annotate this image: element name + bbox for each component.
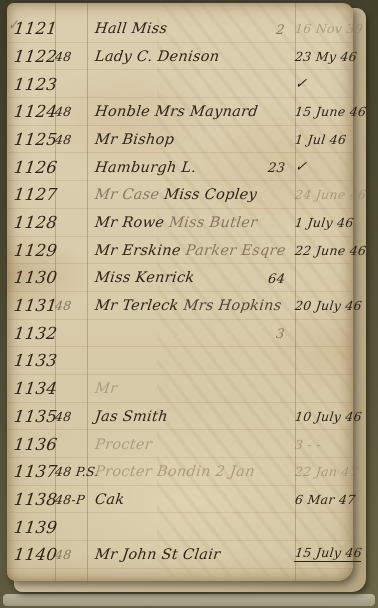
ledger-row: 113748 P.S.Procter Bondin 2 Jan22 Jan 47 bbox=[7, 458, 353, 486]
entry-name-part: Parker Esqre bbox=[185, 243, 287, 259]
entry-number: 1136 bbox=[7, 437, 55, 458]
entry-ref bbox=[55, 534, 87, 540]
entry-date-text: 22 Jan 47 bbox=[294, 466, 359, 479]
entry-number-text: 1122 bbox=[13, 49, 58, 66]
entry-date-text: 20 July 46 bbox=[294, 300, 362, 313]
entry-name: Mr Erskine Parker Esqre bbox=[87, 244, 295, 264]
ledger-row: 1129Mr Erskine Parker Esqre22 June 46 bbox=[7, 237, 353, 265]
ledger-row: 1133 bbox=[7, 347, 353, 375]
ledger-row: 1127Mr Case Miss Copley24 June 46 bbox=[7, 181, 353, 209]
entry-number: 1129 bbox=[7, 243, 55, 264]
entry-ref bbox=[55, 36, 87, 42]
entry-extra-number: 64 bbox=[267, 273, 286, 286]
entry-ref: 48 bbox=[55, 106, 87, 125]
entry-number-text: 1134 bbox=[13, 381, 58, 398]
entry-name: Honble Mrs Maynard bbox=[87, 105, 295, 125]
entry-date bbox=[295, 534, 353, 540]
entry-number-text: 1130 bbox=[13, 270, 58, 287]
entry-number-text: 1139 bbox=[13, 520, 58, 537]
entry-ref-text: 48 P.S. bbox=[54, 466, 99, 479]
entry-number-text: 1121 bbox=[13, 21, 58, 38]
entry-number-text: 1123 bbox=[13, 77, 58, 94]
entry-ref bbox=[55, 368, 87, 374]
entry-name: Jas Smith bbox=[87, 410, 295, 430]
entry-name-part: Mr Terleck bbox=[94, 298, 184, 314]
entry-name-part: Mr Bishop bbox=[94, 132, 175, 148]
entry-ref: 48 bbox=[55, 134, 87, 153]
entry-ref: 48 bbox=[55, 549, 87, 568]
entry-ref bbox=[55, 174, 87, 180]
entry-number: 1126 bbox=[7, 160, 55, 181]
entry-number: 1124 bbox=[7, 104, 55, 125]
entry-number: 1133 bbox=[7, 353, 55, 374]
entry-number: 1137 bbox=[7, 464, 55, 485]
entry-extra-number: 23 bbox=[267, 162, 286, 175]
entry-number-text: 1132 bbox=[13, 326, 58, 343]
entry-name-part: Miss Copley bbox=[163, 187, 258, 203]
entry-date: 6 Mar 47 bbox=[295, 494, 353, 513]
ledger-row: 112248Lady C. Denison23 My 46 bbox=[7, 43, 353, 71]
date-check-mark: ✓ bbox=[294, 77, 308, 91]
entry-number: 1132 bbox=[7, 326, 55, 347]
entry-name-text: Mr Rowe Miss Butler bbox=[94, 216, 258, 231]
entry-ref-text: 48 bbox=[54, 300, 72, 313]
entry-date: ✓ bbox=[295, 77, 353, 97]
entry-name-text: Mr bbox=[94, 382, 118, 397]
entry-date-text: 22 June 46 bbox=[294, 245, 367, 258]
entry-ref bbox=[55, 396, 87, 402]
entry-ref: 48 bbox=[55, 300, 87, 319]
entry-name-part: Mr Erskine bbox=[94, 243, 187, 259]
entry-ref-text: 48 bbox=[54, 106, 72, 119]
entry-date: 15 July 46 bbox=[295, 547, 353, 568]
ledger-row: 1121Hall Miss216 Nov 39 bbox=[7, 15, 353, 43]
entry-name: Procter Bondin 2 Jan bbox=[87, 465, 295, 485]
entry-name-part: Miss Butler bbox=[168, 215, 258, 231]
entry-date bbox=[295, 368, 353, 374]
entry-number: 1122 bbox=[7, 49, 55, 70]
entry-name: Mr Bishop bbox=[87, 133, 295, 153]
entry-number: 1134 bbox=[7, 381, 55, 402]
entry-date: 23 My 46 bbox=[295, 51, 353, 70]
entry-name-text: Honble Mrs Maynard bbox=[94, 105, 259, 120]
ledger-row: 113148Mr Terleck Mrs Hopkins20 July 46 bbox=[7, 292, 353, 320]
entry-number: 1121 bbox=[7, 21, 55, 42]
entry-date-text: 1 Jul 46 bbox=[294, 134, 347, 147]
entry-date bbox=[295, 396, 353, 402]
entry-date: 22 Jan 47 bbox=[295, 466, 353, 485]
entry-name-part: Mr bbox=[94, 381, 118, 397]
entry-date: 22 June 46 bbox=[295, 245, 353, 264]
entry-date bbox=[295, 285, 353, 291]
entry-ref-text: 48-P bbox=[54, 494, 85, 507]
entry-ref: 48-P bbox=[55, 494, 87, 513]
book-cover-edge bbox=[3, 594, 375, 606]
ledger-row: 1123✓ bbox=[7, 70, 353, 98]
entry-number: 1140 bbox=[7, 547, 55, 568]
entry-name-text: Lady C. Denison bbox=[94, 50, 220, 65]
entry-name-part: Hamburgh L. bbox=[94, 160, 197, 176]
ledger-row: 114048Mr John St Clair15 July 46 bbox=[7, 541, 353, 569]
entry-date: 10 July 46 bbox=[295, 411, 353, 430]
entry-date-text: 15 July 46 bbox=[294, 547, 363, 562]
entry-name: Lady C. Denison bbox=[87, 50, 295, 70]
entry-number: 1128 bbox=[7, 215, 55, 236]
entry-name-part: Mr John St Clair bbox=[94, 547, 221, 563]
entry-number: 1123 bbox=[7, 77, 55, 98]
entry-number: 1139 bbox=[7, 520, 55, 541]
entry-name-part: Lady C. Denison bbox=[94, 49, 220, 65]
entry-number-text: 1137 bbox=[13, 464, 58, 481]
ledger-page: ✓ 1121Hall Miss216 Nov 39112248Lady C. D… bbox=[7, 3, 353, 581]
entry-ref-text: 48 bbox=[54, 134, 72, 147]
entry-number-text: 1129 bbox=[13, 243, 58, 260]
entry-extra-number: 3 bbox=[276, 328, 286, 341]
date-check-mark: ✓ bbox=[294, 160, 308, 174]
entry-name-text: Mr Case Miss Copley bbox=[94, 188, 258, 203]
entry-name: Mr bbox=[87, 382, 295, 402]
entry-name bbox=[87, 369, 295, 374]
ledger-row: 113548Jas Smith10 July 46 bbox=[7, 403, 353, 431]
entry-ref bbox=[55, 202, 87, 208]
entry-date: ✓ bbox=[295, 160, 353, 180]
entry-ref bbox=[55, 257, 87, 263]
entry-ref bbox=[55, 340, 87, 346]
ledger-row: 112448Honble Mrs Maynard15 June 46 bbox=[7, 98, 353, 126]
entry-date-text: 1 July 46 bbox=[294, 217, 354, 230]
entry-date-text: 6 Mar 47 bbox=[294, 494, 356, 507]
entry-name: Hamburgh L.23 bbox=[87, 161, 295, 181]
entry-name-text: Miss Kenrick bbox=[94, 271, 195, 286]
ledger-row: 1130Miss Kenrick64 bbox=[7, 264, 353, 292]
entry-date: 16 Nov 39 bbox=[295, 23, 353, 42]
entry-number-text: 1126 bbox=[13, 160, 58, 177]
entry-name: Mr John St Clair bbox=[87, 548, 295, 568]
entry-name-part: Mrs Hopkins bbox=[183, 298, 283, 314]
entry-number-text: 1136 bbox=[13, 437, 58, 454]
entry-name-part: Jas Smith bbox=[94, 409, 169, 425]
entry-ref bbox=[55, 451, 87, 457]
entry-number: 1125 bbox=[7, 132, 55, 153]
entry-number: 1130 bbox=[7, 270, 55, 291]
entry-number-text: 1127 bbox=[13, 187, 58, 204]
ledger-rows: 1121Hall Miss216 Nov 39112248Lady C. Den… bbox=[7, 15, 353, 569]
ledger-row: 1134Mr bbox=[7, 375, 353, 403]
entry-name-text: Jas Smith bbox=[94, 410, 168, 425]
entry-name: Mr Terleck Mrs Hopkins bbox=[87, 299, 295, 319]
entry-number-text: 1128 bbox=[13, 215, 58, 232]
entry-extra-number: 2 bbox=[276, 24, 286, 37]
entry-name-text: Hall Miss bbox=[94, 22, 168, 37]
entry-ref bbox=[55, 91, 87, 97]
ledger-row: 1136Procter3 - - bbox=[7, 430, 353, 458]
entry-name-text: Mr Erskine Parker Esqre bbox=[94, 244, 286, 259]
entry-name bbox=[87, 92, 295, 97]
entry-ref-text: 48 bbox=[54, 549, 72, 562]
entry-number: 1127 bbox=[7, 187, 55, 208]
entry-date: 1 July 46 bbox=[295, 217, 353, 236]
entry-date-text: 16 Nov 39 bbox=[294, 23, 364, 36]
entry-date: 24 June 46 bbox=[295, 189, 353, 208]
entry-number-text: 1124 bbox=[13, 104, 58, 121]
entry-number-text: 1125 bbox=[13, 132, 58, 149]
entry-number-text: 1135 bbox=[13, 409, 58, 426]
entry-number: 1138 bbox=[7, 492, 55, 513]
entry-number: 1131 bbox=[7, 298, 55, 319]
entry-name: Mr Case Miss Copley bbox=[87, 188, 295, 208]
entry-date: 20 July 46 bbox=[295, 300, 353, 319]
entry-name-part: Honble Mrs Maynard bbox=[94, 104, 259, 120]
entry-name-part: Mr Case bbox=[94, 187, 165, 203]
entry-name: Mr Rowe Miss Butler bbox=[87, 216, 295, 236]
entry-name-text: Cak bbox=[94, 493, 125, 508]
entry-date: 3 - - bbox=[295, 439, 353, 458]
ledger-row: 113848-PCak6 Mar 47 bbox=[7, 486, 353, 514]
entry-name-part: Procter bbox=[94, 437, 153, 453]
entry-ref: 48 P.S. bbox=[55, 466, 87, 485]
entry-date-text: 23 My 46 bbox=[294, 51, 358, 64]
entry-name-text: Hamburgh L. bbox=[94, 161, 197, 176]
entry-date-text: 24 June 46 bbox=[294, 189, 367, 202]
entry-name-part: Procter Bondin 2 Jan bbox=[94, 464, 256, 480]
ledger-row: 1126Hamburgh L.23✓ bbox=[7, 153, 353, 181]
entry-name: Procter bbox=[87, 438, 295, 458]
entry-name-text: Mr John St Clair bbox=[94, 548, 221, 563]
entry-date: 15 June 46 bbox=[295, 106, 353, 125]
ledger-row: 1128Mr Rowe Miss Butler1 July 46 bbox=[7, 209, 353, 237]
entry-name: 3 bbox=[87, 328, 295, 346]
entry-name-part: Miss Kenrick bbox=[94, 270, 195, 286]
entry-date-text: 15 June 46 bbox=[294, 106, 367, 119]
entry-name-part: Cak bbox=[94, 492, 125, 508]
entry-name: Hall Miss2 bbox=[87, 22, 295, 42]
entry-number-text: 1140 bbox=[13, 547, 58, 564]
entry-date-text: 3 - - bbox=[294, 439, 321, 452]
entry-ref: 48 bbox=[55, 411, 87, 430]
ledger-row: 112548Mr Bishop1 Jul 46 bbox=[7, 126, 353, 154]
ledger-row: 11323 bbox=[7, 320, 353, 348]
entry-number-text: 1133 bbox=[13, 353, 58, 370]
entry-ref: 48 bbox=[55, 51, 87, 70]
entry-ref-text: 48 bbox=[54, 51, 72, 64]
entry-name: Cak bbox=[87, 493, 295, 513]
entry-name-part: Hall Miss bbox=[94, 21, 168, 37]
entry-ref bbox=[55, 285, 87, 291]
entry-number: 1135 bbox=[7, 409, 55, 430]
entry-name: Miss Kenrick64 bbox=[87, 271, 295, 291]
entry-ref-text: 48 bbox=[54, 411, 72, 424]
entry-name-text: Mr Terleck Mrs Hopkins bbox=[94, 299, 282, 314]
entry-name-part: Mr Rowe bbox=[94, 215, 170, 231]
entry-number-text: 1131 bbox=[13, 298, 58, 315]
entry-name-text: Procter Bondin 2 Jan bbox=[94, 465, 255, 480]
entry-ref bbox=[55, 230, 87, 236]
entry-date: 1 Jul 46 bbox=[295, 134, 353, 153]
entry-name-text: Mr Bishop bbox=[94, 133, 175, 148]
entry-name-text: Procter bbox=[94, 438, 153, 453]
ledger-row: 1139 bbox=[7, 513, 353, 541]
entry-date bbox=[295, 340, 353, 346]
entry-name bbox=[87, 535, 295, 540]
entry-number-text: 1138 bbox=[13, 492, 58, 509]
entry-date-text: 10 July 46 bbox=[294, 411, 362, 424]
ledger-book-photo: ✓ 1121Hall Miss216 Nov 39112248Lady C. D… bbox=[0, 0, 378, 608]
